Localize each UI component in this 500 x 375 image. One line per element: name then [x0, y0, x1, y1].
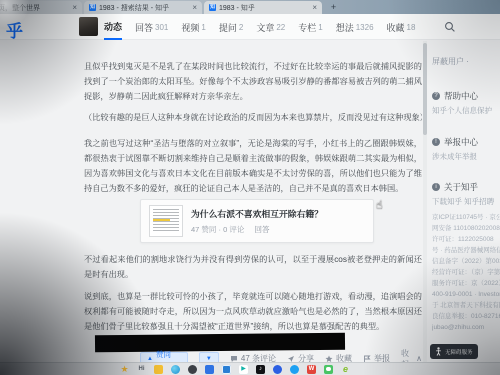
footer-email: jubao@zhihu.com	[432, 322, 500, 333]
answers-count: 301	[155, 23, 168, 32]
questions-count: 2	[239, 23, 243, 32]
footer-line: 良信息举报：010-82716601	[432, 311, 500, 322]
zhihu-logo[interactable]: 乎	[6, 17, 23, 42]
close-icon[interactable]: ×	[72, 4, 77, 12]
taskbar-icon-ie[interactable]: e	[341, 365, 350, 374]
columns-count: 1	[318, 23, 322, 32]
close-icon[interactable]: ×	[312, 4, 317, 12]
tab-title: 1983 - 搜索结果 - 知乎	[99, 3, 169, 13]
close-icon[interactable]: ×	[192, 4, 197, 12]
taskbar-icon-window-app[interactable]	[222, 365, 231, 374]
card-thumbnail	[149, 205, 183, 237]
tab-answers[interactable]: 回答 301	[135, 14, 168, 40]
post-paragraph: 不过看起来他们的割地求饶行为并没有得到劳保的认可，以至于漫展cos被老登押走的新…	[84, 252, 422, 282]
browser-tab-search-results[interactable]: 知 1983 - 搜索结果 - 知乎 ×	[84, 1, 202, 14]
taskbar-icon-twitter[interactable]	[290, 365, 299, 374]
report-center-sublink[interactable]: 涉未成年举报	[432, 151, 500, 162]
taskbar-icon-dark-app[interactable]	[188, 365, 197, 374]
tab-title: 1983 - 知乎	[219, 3, 255, 13]
screen-photo: 主页，整个世界 × 知 1983 - 搜索结果 - 知乎 × 知 1983 - …	[0, 0, 500, 375]
new-tab-button[interactable]: +	[328, 2, 339, 13]
footer-line: 经营许可证：（京）字第0659	[432, 267, 500, 278]
footer-line: 号 · 药品医疗器械网络信息	[432, 245, 500, 256]
footer-line: 京ICP证110745号 · 京公	[432, 212, 500, 223]
tab-articles[interactable]: 文章 22	[256, 14, 285, 40]
favorites-count: 18	[407, 23, 416, 32]
taskbar-icon-wechat[interactable]	[324, 365, 333, 374]
taskbar-icon-blue-circle-app[interactable]	[273, 365, 282, 374]
browser-tab-home[interactable]: 主页，整个世界 ×	[0, 1, 82, 14]
accessibility-badge[interactable]: 无障碍服务	[430, 344, 478, 359]
tab-dongtai[interactable]: 动态	[104, 14, 122, 40]
taskbar-icon-tiktok[interactable]: ♪	[256, 365, 265, 374]
help-icon: ?	[432, 92, 440, 100]
articles-count: 22	[276, 23, 285, 32]
scrollbar-thumb[interactable]	[423, 43, 427, 135]
tab-ideas[interactable]: 想法 1326	[336, 14, 374, 40]
tab-videos[interactable]: 视频 1	[181, 14, 205, 40]
footer-line: 许可证：1122025008	[432, 234, 500, 245]
search-icon[interactable]	[444, 21, 456, 33]
footer-line: 400-919-0001 · Investor	[432, 289, 500, 300]
windows-taskbar: ★ Hi ▶ ♪ W e	[0, 362, 500, 375]
footer-line: 于 北京智者天下科技有限公司	[432, 300, 500, 311]
taskbar-icon-edge[interactable]	[171, 365, 180, 374]
help-center-sublink[interactable]: 知乎个人信息保护	[432, 105, 500, 116]
zhihu-header: 乎 动态 回答 301 视频 1 提问 2 文章 22 专栏	[0, 14, 500, 40]
avatar[interactable]	[79, 17, 98, 36]
taskbar-icon-hi[interactable]: Hi	[137, 365, 146, 374]
taskbar-icon-file-explorer[interactable]	[154, 365, 163, 374]
scrollbar[interactable]	[423, 41, 427, 362]
about-zhihu-sublink[interactable]: 下载知乎 知乎招聘	[432, 196, 500, 207]
tab-columns[interactable]: 专栏 1	[298, 14, 322, 40]
sidebar-item-about-zhihu[interactable]: i 关于知乎	[432, 181, 500, 193]
redaction-bar	[95, 333, 345, 353]
footer-line: 服务许可证：京（2022）259	[432, 278, 500, 289]
post-paragraph: 我之前也写过这种“圣洁与堕落的对立叙事”，无论是海棠的写手，小红书上的乙圈跟韩娱…	[84, 136, 422, 196]
profile-nav: 动态 回答 301 视频 1 提问 2 文章 22 专栏 1	[104, 14, 415, 40]
post-paragraph: （比较有趣的是巨人这种本身就在讨论政治的反而因为本来也算禁片，反而没见过有这种现…	[84, 110, 422, 125]
browser-tab-strip: 主页，整个世界 × 知 1983 - 搜索结果 - 知乎 × 知 1983 - …	[0, 0, 500, 14]
browser-tab-active[interactable]: 知 1983 - 知乎 ×	[204, 1, 322, 14]
ideas-count: 1326	[356, 23, 374, 32]
card-meta: 47 赞同 · 0 评论 回答	[191, 224, 323, 235]
zhihu-favicon-icon: 知	[89, 4, 96, 11]
post-paragraph: 说到底，也算是一群比较可怜的小孩了，毕竟就连可以随心随地打游戏，看动漫，追演唱会…	[84, 289, 422, 334]
taskbar-icon-blue-app[interactable]	[205, 365, 214, 374]
sidebar-item-help-center[interactable]: ? 帮助中心	[432, 90, 500, 102]
footer-line: 网安备 11010802020088	[432, 223, 500, 234]
tab-title: 主页，整个世界	[0, 3, 40, 13]
tab-questions[interactable]: 提问 2	[219, 14, 243, 40]
videos-count: 1	[201, 23, 205, 32]
sidebar-footer: 京ICP证110745号 · 京公 网安备 11010802020088 许可证…	[432, 212, 500, 333]
blocked-users-link[interactable]: 屏蔽用户 ·	[432, 56, 469, 67]
report-icon: !	[432, 138, 440, 146]
up-triangle-icon: ▲	[147, 356, 153, 362]
tab-favorites[interactable]: 收藏 18	[387, 14, 416, 40]
linked-answer-card[interactable]: 为什么右派不喜欢相互开除右籍？ 47 赞同 · 0 评论 回答	[140, 199, 374, 243]
zhihu-favicon-icon: 知	[209, 4, 216, 11]
taskbar-icon-browser360[interactable]: ★	[120, 365, 129, 374]
taskbar-icon-play-store[interactable]: ▶	[239, 365, 248, 374]
taskbar-icon-wps[interactable]: W	[307, 365, 316, 374]
mouse-cursor-hand-icon: ☝	[376, 198, 383, 211]
post-paragraph: 且似乎找到鬼灭是不是乳了在某段时间也比较流行，不过好在比较幸运的事最后就捕风捉影…	[84, 59, 422, 104]
sidebar-item-report-center[interactable]: ! 举报中心	[432, 136, 500, 148]
info-icon: i	[432, 183, 440, 191]
accessibility-person-icon	[435, 347, 442, 356]
footer-line: 信息备字（2022）第00334号	[432, 256, 500, 267]
card-type-label: 回答	[254, 225, 269, 234]
down-triangle-icon: ▼	[206, 356, 212, 362]
card-title: 为什么右派不喜欢相互开除右籍？	[191, 207, 323, 220]
